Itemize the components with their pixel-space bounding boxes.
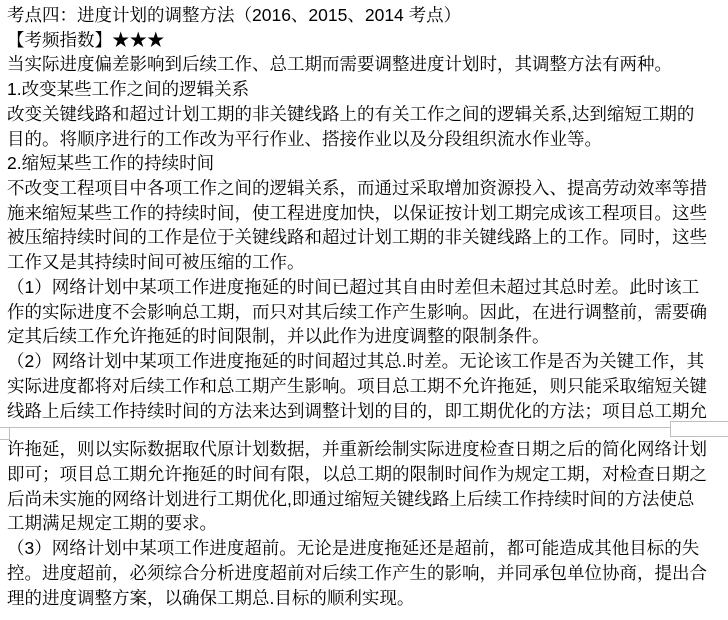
text-line: 理的进度调整方案，以确保工期总.目标的顺利实现。 — [7, 586, 722, 611]
list-item-2-line: （2）网络计划中某项工作进度拖延的时间超过其总.时差。无论该工作是否为关键工作，… — [7, 349, 722, 374]
frequency-star-rating-line: 【考频指数】★★★ — [7, 28, 722, 53]
subheading-line: 1.改变某些工作之间的逻辑关系 — [7, 77, 722, 102]
text-line: 目的。将顺序进行的工作改为平行作业、搭接作业以及分段组织流水作业等。 — [7, 127, 722, 152]
heading-line: 考点四：进度计划的调整方法（2016、2015、2014 考点） — [7, 3, 722, 28]
text-line: 施来缩短某些工作的持续时间，使工程进度加快，以保证按计划工期完成该工程项目。这些 — [7, 201, 722, 226]
text-line: 不改变工程项目中各项工作之间的逻辑关系，而通过采取增加资源投入、提高劳动效率等措 — [7, 176, 722, 201]
text-line: 作的实际进度不会影响总工期，而只对其后续工作产生影响。因此，在进行调整前，需要确 — [7, 300, 722, 325]
page-break — [0, 423, 728, 437]
text-line: 线路上后续工作持续时间的方法来达到调整计划的目的，即工期优化的方法；项目总工期允 — [7, 399, 722, 424]
subheading-line: 2.缩短某些工作的持续时间 — [7, 151, 722, 176]
text-line: 控。进度超前，必须综合分析进度超前对后续工作产生的影响，并同承包单位协商，提出合 — [7, 561, 722, 586]
list-item-1-line: （1）网络计划中某项工作进度拖延的时间已超过其自由时差但未超过其总时差。此时该工 — [7, 275, 722, 300]
list-item-3-line: （3）网络计划中某项工作进度超前。无论是进度拖延还是超前，都可能造成其他目标的失 — [7, 536, 722, 561]
text-line: 即可；项目总工期允许拖延的时间有限，以总工期的限制时间作为规定工期，对检查日期之 — [7, 462, 722, 487]
text-line: 许拖延，则以实际数据取代原计划数据，并重新绘制实际进度检查日期之后的简化网络计划 — [7, 437, 722, 462]
page-break-left-marker — [0, 427, 10, 440]
text-line: 改变关键线路和超过计划工期的非关键线路上的有关工作之间的逻辑关系,达到缩短工期的 — [7, 102, 722, 127]
page-break-right-marker — [670, 421, 728, 437]
text-line: 后尚未实施的网络计划进行工期优化,即通过缩短关键线路上后续工作持续时间的方法使总 — [7, 487, 722, 512]
document-page: 考点四：进度计划的调整方法（2016、2015、2014 考点） 【考频指数】★… — [0, 0, 728, 620]
text-line: 实际进度都将对后续工作和总工期产生影响。项目总工期不允许拖延，则只能采取缩短关键 — [7, 374, 722, 399]
text-line: 当实际进度偏差影响到后续工作、总工期而需要调整进度计划时，其调整方法有两种。 — [7, 52, 722, 77]
text-line: 被压缩持续时间的工作是位于关键线路和超过计划工期的非关键线路上的工作。同时，这些 — [7, 225, 722, 250]
text-line: 工作又是其持续时间可被压缩的工作。 — [7, 250, 722, 275]
page-break-rule — [0, 427, 728, 428]
text-line: 工期满足规定工期的要求。 — [7, 511, 722, 536]
text-line: 定其后续工作允许拖延的时间限制，并以此作为进度调整的限制条件。 — [7, 324, 722, 349]
